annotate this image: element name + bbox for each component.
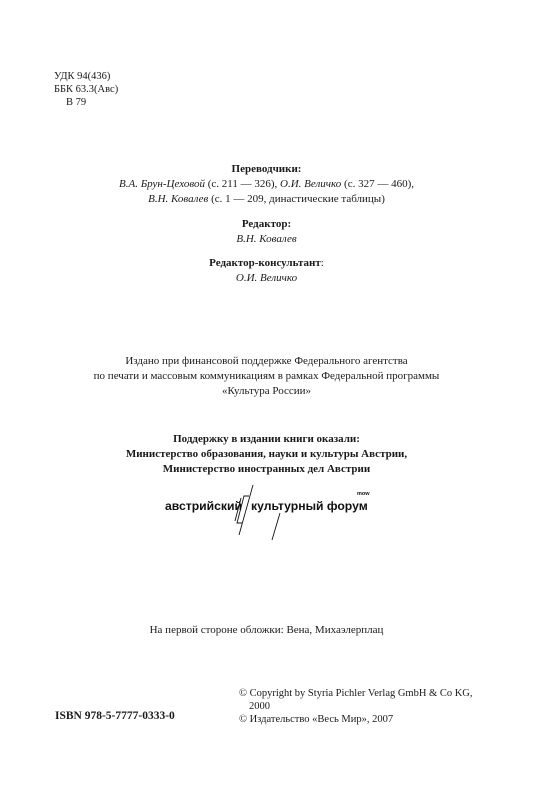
consultant-block: Редактор-консультант: О.И. Величко bbox=[0, 256, 533, 286]
translators-line-2: В.Н. Ковалев (с. 1 — 209, династические … bbox=[0, 192, 533, 207]
author-mark: В 79 bbox=[54, 96, 118, 109]
editor-block: Редактор: В.Н. Ковалев bbox=[0, 217, 533, 247]
funding-line: Издано при финансовой поддержке Федераль… bbox=[0, 354, 533, 369]
copyright-original-year: 2000 bbox=[239, 700, 473, 713]
cover-note: На первой стороне обложки: Вена, Михаэле… bbox=[0, 623, 533, 638]
copyright-original: © Copyright by Styria Pichler Verlag Gmb… bbox=[239, 687, 473, 700]
support-heading: Поддержку в издании книги оказали: bbox=[0, 432, 533, 447]
translators-heading: Переводчики: bbox=[0, 162, 533, 177]
translator-name: В.Н. Ковалев bbox=[148, 193, 208, 205]
copyright-block: © Copyright by Styria Pichler Verlag Gmb… bbox=[239, 687, 473, 726]
funding-line: по печати и массовым коммуникациям в рам… bbox=[0, 369, 533, 384]
editor-name: В.Н. Ковалев bbox=[0, 232, 533, 247]
support-block: Поддержку в издании книги оказали: Минис… bbox=[0, 432, 533, 477]
funding-line: «Культура России» bbox=[0, 384, 533, 399]
translators-block: Переводчики: В.А. Брун-Цеховой (с. 211 —… bbox=[0, 162, 533, 207]
support-line: Министерство образования, науки и культу… bbox=[0, 447, 533, 462]
consultant-heading: Редактор-консультант bbox=[209, 257, 321, 269]
translator-pages: (с. 327 — 460), bbox=[341, 178, 414, 190]
logo-superscript: mow bbox=[357, 491, 370, 497]
consultant-name: О.И. Величко bbox=[0, 271, 533, 286]
translator-name: О.И. Величко bbox=[280, 178, 341, 190]
consultant-heading-line: Редактор-консультант: bbox=[0, 256, 533, 271]
isbn: ISBN 978-5-7777-0333-0 bbox=[55, 710, 175, 722]
translator-name: В.А. Брун-Цеховой bbox=[119, 178, 205, 190]
funding-note: Издано при финансовой поддержке Федераль… bbox=[0, 354, 533, 399]
bbk-code: ББК 63.3(Авс) bbox=[54, 83, 118, 96]
classification-block: УДК 94(436) ББК 63.3(Авс) В 79 bbox=[54, 70, 118, 110]
copyright-publisher: © Издательство «Весь Мир», 2007 bbox=[239, 713, 473, 726]
translators-line-1: В.А. Брун-Цеховой (с. 211 — 326), О.И. В… bbox=[0, 177, 533, 192]
udk-code: УДК 94(436) bbox=[54, 70, 118, 83]
logo-text-part2: культурный форум bbox=[251, 499, 368, 513]
austrian-cultural-forum-logo: австрийский культурный форум mow bbox=[165, 483, 385, 541]
support-line: Министерство иностранных дел Австрии bbox=[0, 462, 533, 477]
translator-pages: (с. 1 — 209, династические таблицы) bbox=[208, 193, 385, 205]
consultant-colon: : bbox=[321, 257, 324, 269]
editor-heading: Редактор: bbox=[0, 217, 533, 232]
logo-text-part1: австрийский bbox=[165, 499, 242, 513]
translator-pages: (с. 211 — 326), bbox=[205, 178, 280, 190]
